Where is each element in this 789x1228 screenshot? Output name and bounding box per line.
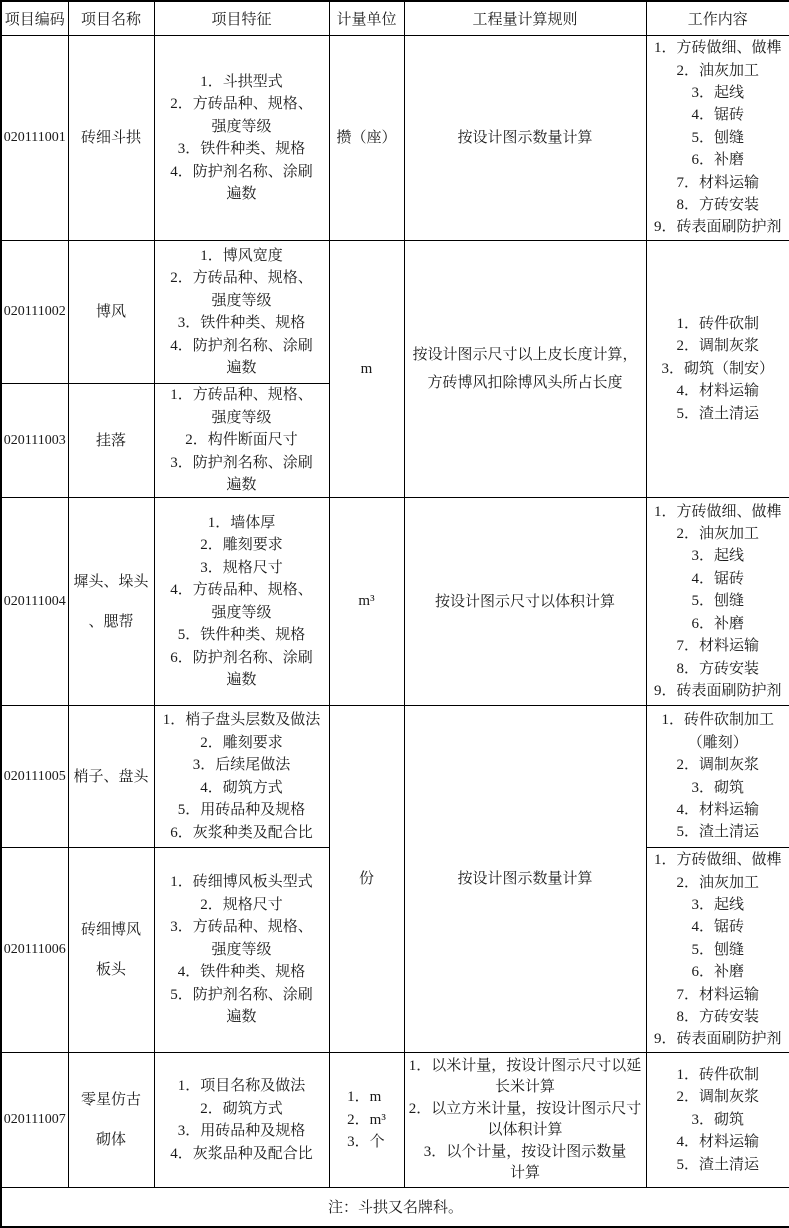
text-line: 1．方砖品种、规格、 — [157, 384, 327, 407]
table-row: 020111005 梢子、盘头 1．梢子盘头层数及做法2．雕刻要求3．后续尾做法… — [1, 706, 789, 848]
work-content: 1．方砖做细、做榫2．油灰加工3．起线4．锯砖5．刨缝6．补磨7．材料运输8．方… — [646, 848, 789, 1053]
col-header-project-features: 项目特征 — [154, 1, 329, 36]
text-line: 强度等级 — [157, 290, 327, 313]
calc-rule: 1．以米计量，按设计图示尺寸以延长米计算2．以立方米计量，按设计图示尺寸以体积计… — [404, 1053, 646, 1188]
project-code: 020111005 — [1, 706, 68, 848]
text-line: 4．材料运输 — [649, 1131, 788, 1153]
project-code: 020111006 — [1, 848, 68, 1053]
text-line: 6．补磨 — [649, 961, 788, 983]
text-line: 1．梢子盘头层数及做法 — [157, 709, 327, 732]
text-line: 2．调制灰浆 — [649, 335, 788, 357]
text-line: 2．以立方米计量，按设计图示尺寸 — [407, 1099, 644, 1121]
work-lines: 1．砖件砍制加工（雕刻）2．调制灰浆3．砌筑4．材料运输5．渣土清运 — [649, 709, 788, 843]
text-line: 2．构件断面尺寸 — [157, 429, 327, 452]
text-line: 3．用砖品种及规格 — [157, 1120, 327, 1143]
project-name: 砖细博风板头 — [68, 848, 154, 1053]
text-line: 2．雕刻要求 — [157, 534, 327, 557]
col-header-project-name: 项目名称 — [68, 1, 154, 36]
text-line: 2．油灰加工 — [649, 60, 788, 82]
name-lines: 墀头、垛头、腮帮 — [71, 562, 152, 642]
project-name: 博风 — [68, 241, 154, 384]
text-line: 1．斗拱型式 — [157, 71, 327, 94]
text-line: 3．防护剂名称、涂刷 — [157, 452, 327, 475]
text-line: 1．方砖做细、做榫 — [649, 849, 788, 871]
project-features: 1．方砖品种、规格、强度等级2．构件断面尺寸3．防护剂名称、涂刷遍数 — [154, 384, 329, 498]
text-line: 1．以米计量，按设计图示尺寸以延 — [407, 1056, 644, 1078]
text-line: 砌体 — [71, 1120, 152, 1160]
text-line: 砖细斗拱 — [71, 118, 152, 158]
text-line: 博风 — [71, 292, 152, 332]
text-line: 遍数 — [157, 669, 327, 692]
text-line: 9．砖表面刷防护剂 — [649, 680, 788, 702]
text-line: 9．砖表面刷防护剂 — [649, 1028, 788, 1050]
work-lines: 1．方砖做细、做榫2．油灰加工3．起线4．锯砖5．刨缝6．补磨7．材料运输8．方… — [649, 37, 788, 239]
text-line: 3．规格尺寸 — [157, 557, 327, 580]
table-row: 020111002 博风 1．博风宽度2．方砖品种、规格、强度等级3．铁件种类、… — [1, 241, 789, 384]
text-line: 1．墙体厚 — [157, 512, 327, 535]
text-line: 5．刨缝 — [649, 590, 788, 612]
text-line: 8．方砖安装 — [649, 658, 788, 680]
text-line: 2．油灰加工 — [649, 523, 788, 545]
text-line: 梢子、盘头 — [71, 757, 152, 797]
text-line: 2．油灰加工 — [649, 872, 788, 894]
text-line: 3．起线 — [649, 82, 788, 104]
project-code: 020111004 — [1, 498, 68, 706]
text-line: 2．调制灰浆 — [649, 754, 788, 776]
project-features: 1．博风宽度2．方砖品种、规格、强度等级3．铁件种类、规格4．防护剂名称、涂刷遍… — [154, 241, 329, 384]
text-line: 3．砌筑 — [649, 1109, 788, 1131]
text-line: 4．锯砖 — [649, 104, 788, 126]
unit-lines: m — [332, 358, 402, 381]
text-line: 挂落 — [71, 421, 152, 461]
text-line: 1．m — [347, 1086, 386, 1109]
name-lines: 砖细博风板头 — [71, 910, 152, 990]
project-code: 020111001 — [1, 36, 68, 241]
project-name: 梢子、盘头 — [68, 706, 154, 848]
feature-lines: 1．博风宽度2．方砖品种、规格、强度等级3．铁件种类、规格4．防护剂名称、涂刷遍… — [157, 245, 327, 380]
work-lines: 1．方砖做细、做榫2．油灰加工3．起线4．锯砖5．刨缝6．补磨7．材料运输8．方… — [649, 501, 788, 703]
text-line: 墀头、垛头 — [71, 562, 152, 602]
text-line: 7．材料运输 — [649, 172, 788, 194]
measure-unit: 攒（座） — [329, 36, 404, 241]
project-name: 砖细斗拱 — [68, 36, 154, 241]
text-line: 3．后续尾做法 — [157, 754, 327, 777]
text-line: 5．铁件种类、规格 — [157, 624, 327, 647]
text-line: 1．砖细博风板头型式 — [157, 871, 327, 894]
text-line: 3．个 — [347, 1131, 386, 1154]
header-row: 项目编码 项目名称 项目特征 计量单位 工程量计算规则 工作内容 — [1, 1, 789, 36]
text-line: 遍数 — [157, 474, 327, 497]
text-line: 3．起线 — [649, 545, 788, 567]
feature-lines: 1．梢子盘头层数及做法2．雕刻要求3．后续尾做法4．砌筑方式5．用砖品种及规格6… — [157, 709, 327, 844]
text-line: 板头 — [71, 950, 152, 990]
text-line: 9．砖表面刷防护剂 — [649, 216, 788, 238]
work-content: 1．方砖做细、做榫2．油灰加工3．起线4．锯砖5．刨缝6．补磨7．材料运输8．方… — [646, 498, 789, 706]
text-line: 4．锯砖 — [649, 916, 788, 938]
text-line: 6．补磨 — [649, 613, 788, 635]
text-line: 2．方砖品种、规格、 — [157, 267, 327, 290]
text-line: 7．材料运输 — [649, 984, 788, 1006]
text-line: 6．防护剂名称、涂刷 — [157, 647, 327, 670]
text-line: 3．以个计量，按设计图示数量 — [407, 1142, 644, 1164]
text-line: 遍数 — [157, 183, 327, 206]
text-line: 5．渣土清运 — [649, 403, 788, 425]
text-line: 3．起线 — [649, 894, 788, 916]
project-features: 1．墙体厚2．雕刻要求3．规格尺寸4．方砖品种、规格、强度等级5．铁件种类、规格… — [154, 498, 329, 706]
col-header-calc-rule: 工程量计算规则 — [404, 1, 646, 36]
unit-lines: 1．m2．m³3．个 — [347, 1086, 386, 1154]
work-lines: 1．砖件砍制2．调制灰浆3．砌筑4．材料运输5．渣土清运 — [649, 1064, 788, 1176]
text-line: 强度等级 — [157, 602, 327, 625]
text-line: 5．防护剂名称、涂刷 — [157, 984, 327, 1007]
name-lines: 梢子、盘头 — [71, 757, 152, 797]
table-row: 020111001 砖细斗拱 1．斗拱型式2．方砖品种、规格、强度等级3．铁件种… — [1, 36, 789, 241]
calc-rule: 按设计图示尺寸以体积计算 — [404, 498, 646, 706]
table-row: 020111004 墀头、垛头、腮帮 1．墙体厚2．雕刻要求3．规格尺寸4．方砖… — [1, 498, 789, 706]
work-lines: 1．砖件砍制2．调制灰浆3．砌筑（制安）4．材料运输5．渣土清运 — [649, 313, 788, 425]
text-line: 砖细博风 — [71, 910, 152, 950]
project-features: 1．斗拱型式2．方砖品种、规格、强度等级3．铁件种类、规格4．防护剂名称、涂刷遍… — [154, 36, 329, 241]
text-line: 5．渣土清运 — [649, 1154, 788, 1176]
project-name: 挂落 — [68, 384, 154, 498]
unit-lines: 攒（座） — [332, 127, 402, 150]
text-line: m³ — [332, 590, 402, 613]
rule-lines: 按设计图示尺寸以上皮长度计算，方砖博风扣除博风头所占长度 — [407, 344, 644, 394]
project-features: 1．项目名称及做法2．砌筑方式3．用砖品种及规格4．灰浆品种及配合比 — [154, 1053, 329, 1188]
text-line: 份 — [332, 868, 402, 891]
name-lines: 挂落 — [71, 421, 152, 461]
work-content: 1．砖件砍制2．调制灰浆3．砌筑（制安）4．材料运输5．渣土清运 — [646, 241, 789, 498]
spec-table: 项目编码 项目名称 项目特征 计量单位 工程量计算规则 工作内容 0201110… — [0, 0, 789, 1228]
text-line: 按设计图示尺寸以体积计算 — [407, 591, 644, 613]
text-line: 2．方砖品种、规格、 — [157, 93, 327, 116]
project-name: 墀头、垛头、腮帮 — [68, 498, 154, 706]
text-line: 5．刨缝 — [649, 127, 788, 149]
text-line: 1．砖件砍制 — [649, 1064, 788, 1086]
text-line: 2．砌筑方式 — [157, 1098, 327, 1121]
text-line: 4．锯砖 — [649, 568, 788, 590]
text-line: 1．博风宽度 — [157, 245, 327, 268]
work-content: 1．砖件砍制加工（雕刻）2．调制灰浆3．砌筑4．材料运输5．渣土清运 — [646, 706, 789, 848]
text-line: 长米计算 — [407, 1077, 644, 1099]
text-line: 强度等级 — [157, 407, 327, 430]
text-line: 强度等级 — [157, 939, 327, 962]
text-line: 4．方砖品种、规格、 — [157, 579, 327, 602]
text-line: 1．砖件砍制加工 — [649, 709, 788, 731]
col-header-work-content: 工作内容 — [646, 1, 789, 36]
name-lines: 博风 — [71, 292, 152, 332]
text-line: 按设计图示尺寸以上皮长度计算， — [407, 344, 644, 366]
project-features: 1．梢子盘头层数及做法2．雕刻要求3．后续尾做法4．砌筑方式5．用砖品种及规格6… — [154, 706, 329, 848]
work-lines: 1．方砖做细、做榫2．油灰加工3．起线4．锯砖5．刨缝6．补磨7．材料运输8．方… — [649, 849, 788, 1051]
calc-rule: 按设计图示数量计算 — [404, 36, 646, 241]
text-line: 4．灰浆品种及配合比 — [157, 1143, 327, 1166]
text-line: 8．方砖安装 — [649, 194, 788, 216]
text-line: m — [332, 358, 402, 381]
text-line: 2．雕刻要求 — [157, 732, 327, 755]
text-line: 3．砌筑（制安） — [649, 358, 788, 380]
text-line: 1．项目名称及做法 — [157, 1075, 327, 1098]
text-line: 、腮帮 — [71, 602, 152, 642]
table-row: 020111007 零星仿古砌体 1．项目名称及做法2．砌筑方式3．用砖品种及规… — [1, 1053, 789, 1188]
text-line: 2．调制灰浆 — [649, 1086, 788, 1108]
feature-lines: 1．方砖品种、规格、强度等级2．构件断面尺寸3．防护剂名称、涂刷遍数 — [157, 384, 327, 497]
note-row: 注：斗拱又名牌科。 — [1, 1188, 789, 1227]
feature-lines: 1．斗拱型式2．方砖品种、规格、强度等级3．铁件种类、规格4．防护剂名称、涂刷遍… — [157, 71, 327, 206]
text-line: 5．渣土清运 — [649, 821, 788, 843]
text-line: 6．灰浆种类及配合比 — [157, 822, 327, 845]
text-line: 4．砌筑方式 — [157, 777, 327, 800]
text-line: 零星仿古 — [71, 1080, 152, 1120]
text-line: 8．方砖安装 — [649, 1006, 788, 1028]
feature-lines: 1．砖细博风板头型式2．规格尺寸3．方砖品种、规格、强度等级4．铁件种类、规格5… — [157, 871, 327, 1029]
text-line: 按设计图示数量计算 — [407, 127, 644, 149]
text-line: 4．铁件种类、规格 — [157, 961, 327, 984]
text-line: 1．砖件砍制 — [649, 313, 788, 335]
text-line: 遍数 — [157, 1006, 327, 1029]
measure-unit: m — [329, 241, 404, 498]
text-line: 5．刨缝 — [649, 939, 788, 961]
text-line: 6．补磨 — [649, 149, 788, 171]
text-line: 2．规格尺寸 — [157, 894, 327, 917]
rule-lines: 1．以米计量，按设计图示尺寸以延长米计算2．以立方米计量，按设计图示尺寸以体积计… — [407, 1056, 644, 1185]
text-line: 方砖博风扣除博风头所占长度 — [407, 372, 644, 394]
rule-lines: 按设计图示尺寸以体积计算 — [407, 591, 644, 613]
text-line: 4．防护剂名称、涂刷 — [157, 161, 327, 184]
name-lines: 零星仿古砌体 — [71, 1080, 152, 1160]
text-line: 7．材料运输 — [649, 635, 788, 657]
feature-lines: 1．项目名称及做法2．砌筑方式3．用砖品种及规格4．灰浆品种及配合比 — [157, 1075, 327, 1165]
col-header-measure-unit: 计量单位 — [329, 1, 404, 36]
text-line: 4．材料运输 — [649, 380, 788, 402]
measure-unit: m³ — [329, 498, 404, 706]
text-line: 1．方砖做细、做榫 — [649, 501, 788, 523]
text-line: 2．m³ — [347, 1109, 386, 1132]
work-content: 1．方砖做细、做榫2．油灰加工3．起线4．锯砖5．刨缝6．补磨7．材料运输8．方… — [646, 36, 789, 241]
text-line: 4．防护剂名称、涂刷 — [157, 335, 327, 358]
calc-rule: 按设计图示数量计算 — [404, 706, 646, 1053]
text-line: 遍数 — [157, 357, 327, 380]
project-code: 020111007 — [1, 1053, 68, 1188]
work-content: 1．砖件砍制2．调制灰浆3．砌筑4．材料运输5．渣土清运 — [646, 1053, 789, 1188]
measure-unit: 份 — [329, 706, 404, 1053]
measure-unit: 1．m2．m³3．个 — [329, 1053, 404, 1188]
text-line: 以体积计算 — [407, 1120, 644, 1142]
text-line: 按设计图示数量计算 — [407, 868, 644, 890]
unit-lines: m³ — [332, 590, 402, 613]
name-lines: 砖细斗拱 — [71, 118, 152, 158]
text-line: 4．材料运输 — [649, 799, 788, 821]
text-line: 攒（座） — [332, 127, 402, 150]
calc-rule: 按设计图示尺寸以上皮长度计算，方砖博风扣除博风头所占长度 — [404, 241, 646, 498]
text-line: 3．铁件种类、规格 — [157, 312, 327, 335]
text-line: （雕刻） — [649, 732, 788, 754]
text-line: 3．铁件种类、规格 — [157, 138, 327, 161]
rule-lines: 按设计图示数量计算 — [407, 127, 644, 149]
text-line: 5．用砖品种及规格 — [157, 799, 327, 822]
project-name: 零星仿古砌体 — [68, 1053, 154, 1188]
text-line: 3．方砖品种、规格、 — [157, 916, 327, 939]
project-code: 020111003 — [1, 384, 68, 498]
table-note: 注：斗拱又名牌科。 — [1, 1188, 789, 1227]
text-line: 3．砌筑 — [649, 777, 788, 799]
text-line: 强度等级 — [157, 116, 327, 139]
rule-lines: 按设计图示数量计算 — [407, 868, 644, 890]
feature-lines: 1．墙体厚2．雕刻要求3．规格尺寸4．方砖品种、规格、强度等级5．铁件种类、规格… — [157, 512, 327, 692]
text-line: 1．方砖做细、做榫 — [649, 37, 788, 59]
project-features: 1．砖细博风板头型式2．规格尺寸3．方砖品种、规格、强度等级4．铁件种类、规格5… — [154, 848, 329, 1053]
project-code: 020111002 — [1, 241, 68, 384]
unit-lines: 份 — [332, 868, 402, 891]
col-header-project-code: 项目编码 — [1, 1, 68, 36]
text-line: 计算 — [407, 1163, 644, 1185]
